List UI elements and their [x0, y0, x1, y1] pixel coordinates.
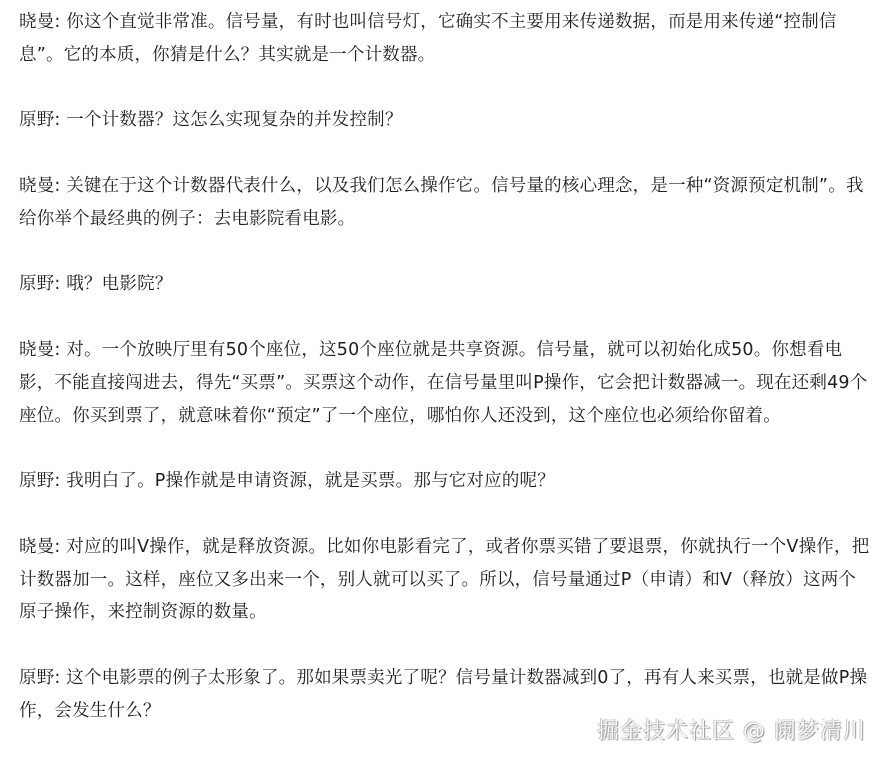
dialogue-paragraph: 晓曼: 对应的叫V操作，就是释放资源。比如你电影看完了，或者你票买错了要退票，你… — [19, 531, 871, 629]
dialogue-paragraph: 原野: 哦？电影院？ — [19, 268, 871, 301]
speaker-separator: : — [54, 340, 66, 360]
speaker-name: 晓曼 — [19, 176, 54, 196]
speaker-name: 原野 — [19, 274, 54, 294]
dialogue-text: 我明白了。P操作就是申请资源，就是买票。那与它对应的呢？ — [66, 471, 555, 491]
speaker-name: 原野 — [19, 668, 54, 688]
dialogue-paragraph: 晓曼: 你这个直觉非常准。信号量，有时也叫信号灯，它确实不主要用来传递数据，而是… — [19, 6, 871, 72]
dialogue-text: 一个计数器？这怎么实现复杂的并发控制？ — [66, 110, 402, 130]
speaker-name: 晓曼 — [19, 340, 54, 360]
dialogue-text: 你这个直觉非常准。信号量，有时也叫信号灯，它确实不主要用来传递数据，而是用来传递… — [19, 12, 837, 65]
speaker-name: 晓曼 — [19, 537, 54, 557]
speaker-separator: : — [54, 471, 66, 491]
speaker-separator: : — [54, 668, 66, 688]
dialogue-paragraph: 晓曼: 对。一个放映厅里有50个座位，这50个座位就是共享资源。信号量，就可以初… — [19, 334, 871, 432]
speaker-separator: : — [54, 176, 66, 196]
dialogue-paragraph: 原野: 一个计数器？这怎么实现复杂的并发控制？ — [19, 104, 871, 137]
dialogue-paragraph: 晓曼: 关键在于这个计数器代表什么，以及我们怎么操作它。信号量的核心理念，是一种… — [19, 170, 871, 236]
speaker-separator: : — [54, 12, 66, 32]
speaker-name: 原野 — [19, 471, 54, 491]
dialogue-text: 这个电影票的例子太形象了。那如果票卖光了呢？信号量计数器减到0了，再有人来买票，… — [19, 668, 867, 721]
speaker-separator: : — [54, 537, 66, 557]
dialogue-paragraph: 原野: 我明白了。P操作就是申请资源，就是买票。那与它对应的呢？ — [19, 465, 871, 498]
speaker-separator: : — [54, 274, 66, 294]
dialogue-document: 晓曼: 你这个直觉非常准。信号量，有时也叫信号灯，它确实不主要用来传递数据，而是… — [19, 6, 871, 760]
speaker-name: 晓曼 — [19, 12, 54, 32]
speaker-separator: : — [54, 110, 66, 130]
dialogue-text: 关键在于这个计数器代表什么，以及我们怎么操作它。信号量的核心理念，是一种“资源预… — [19, 176, 864, 229]
dialogue-text: 哦？电影院？ — [66, 274, 172, 294]
watermark: 掘金技术社区 @ 阑梦清川 — [597, 714, 866, 745]
dialogue-text: 对应的叫V操作，就是释放资源。比如你电影看完了，或者你票买错了要退票，你就执行一… — [19, 537, 869, 623]
dialogue-text: 对。一个放映厅里有50个座位，这50个座位就是共享资源。信号量，就可以初始化成5… — [19, 340, 867, 426]
speaker-name: 原野 — [19, 110, 54, 130]
